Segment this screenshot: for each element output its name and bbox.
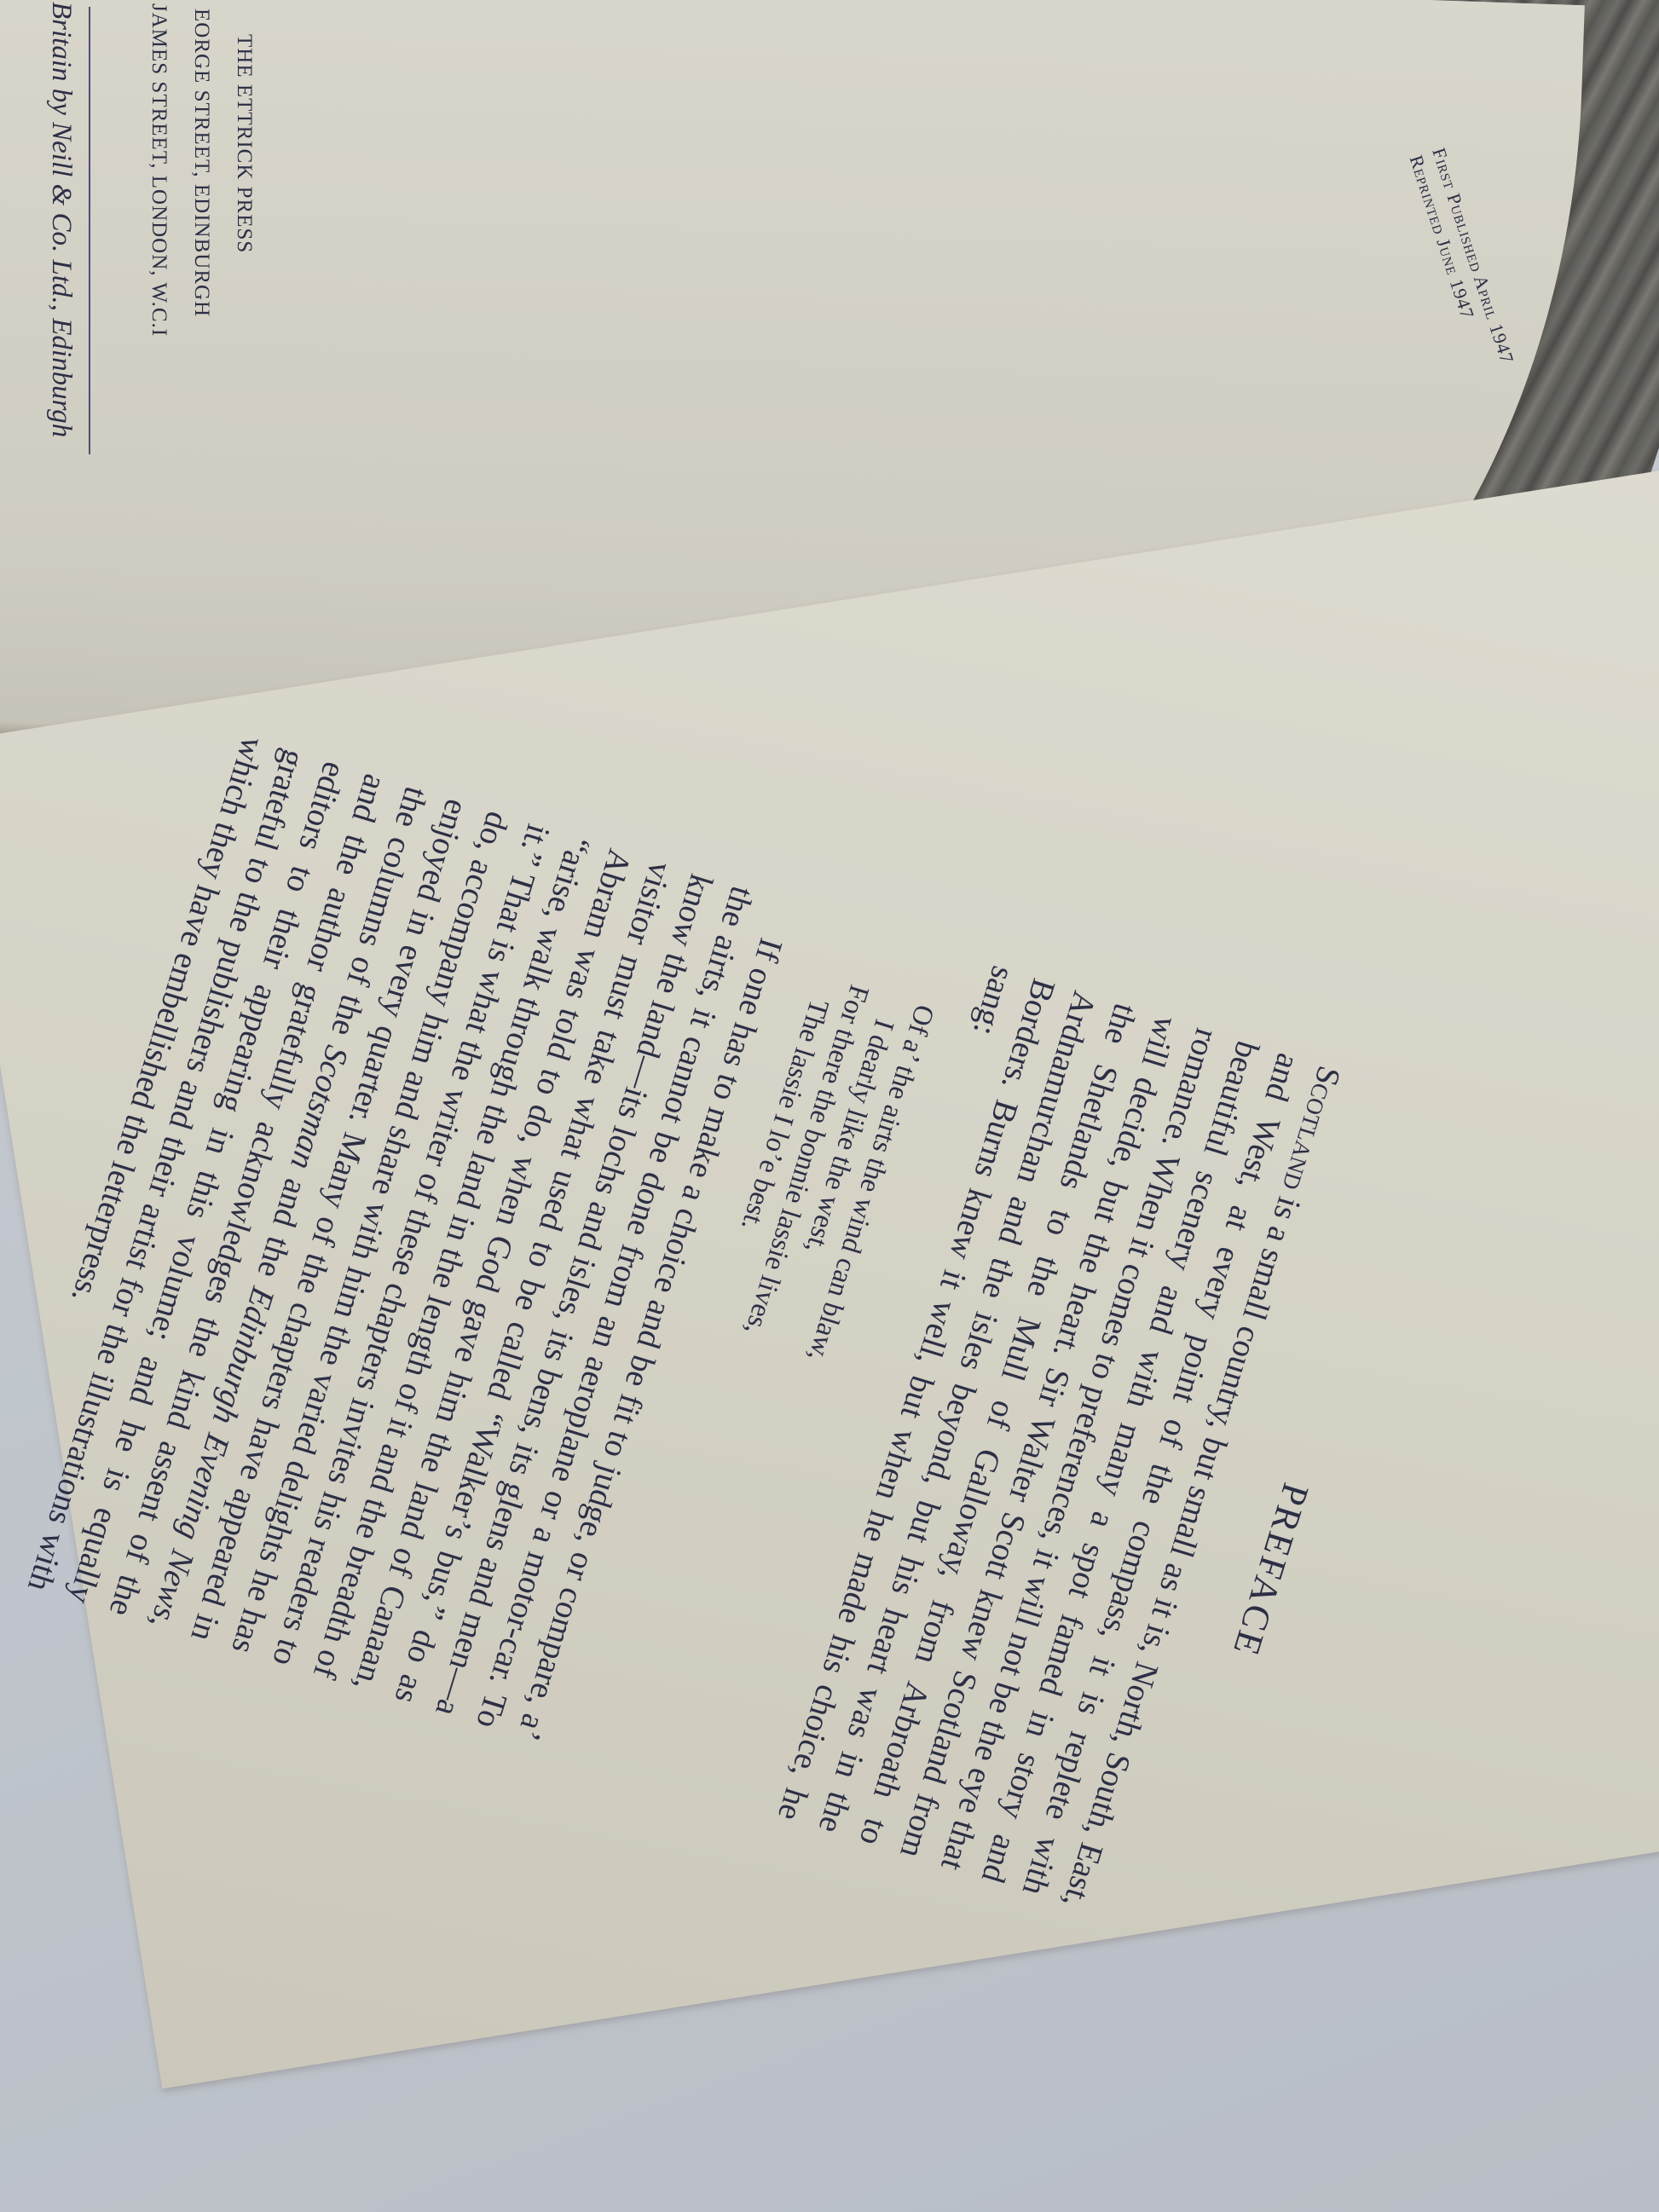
imprint-edinburgh-address: EORGE STREET, EDINBURGH — [189, 9, 213, 317]
printer-divider-rule — [89, 7, 90, 454]
printer-credit: Britain by Neill & Co. Ltd., Edinburgh — [45, 2, 77, 437]
imprint-press-name: THE ETTRICK PRESS — [232, 34, 256, 253]
imprint-london-address: JAMES STREET, LONDON, W.C.I — [147, 3, 171, 337]
